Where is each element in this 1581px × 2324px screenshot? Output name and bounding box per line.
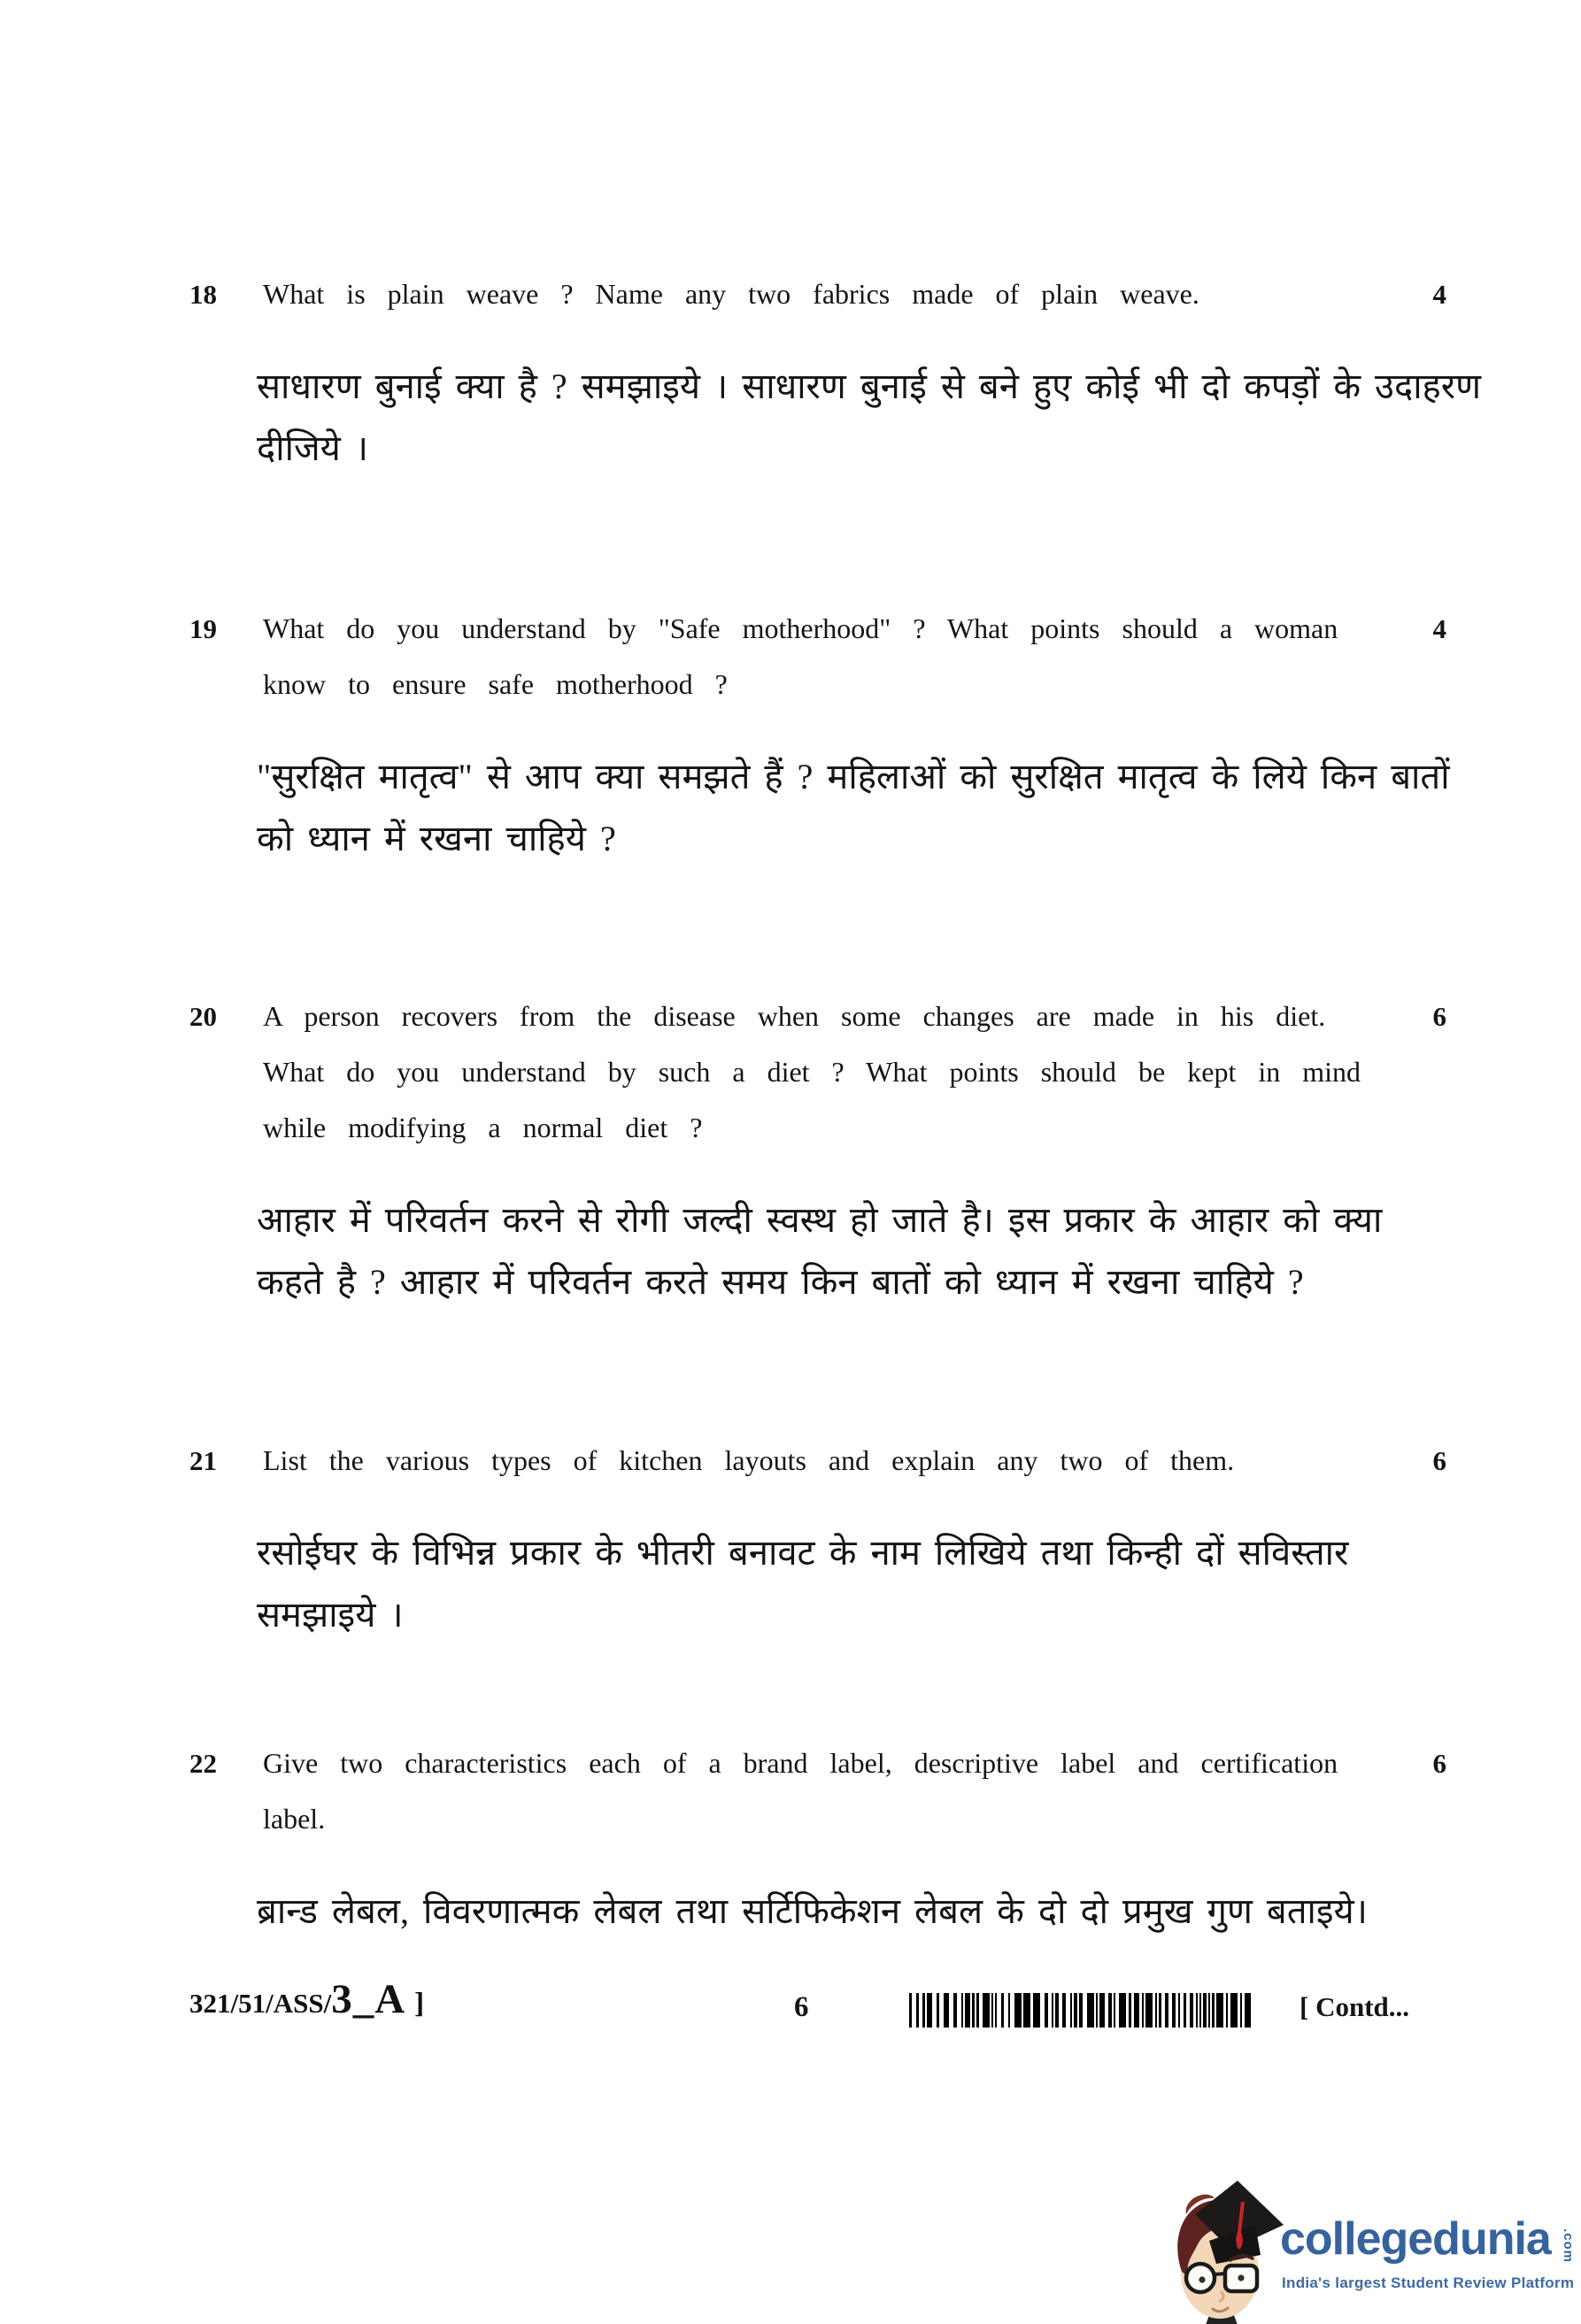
question-line-hindi: को ध्यान में रखना चाहिये ?: [257, 808, 1407, 870]
student-mascot-icon: [1168, 2179, 1284, 2324]
question-number: 21: [189, 1433, 217, 1489]
question-line-english: List the various types of kitchen layout…: [263, 1433, 1387, 1489]
question-block: 22 6 Give two characteristics each of a …: [189, 1735, 1446, 1943]
paper-code-bracket: ]: [414, 1988, 424, 2020]
question-text-hindi: साधारण बुनाई क्या है ? समझाइये । साधारण …: [257, 356, 1407, 480]
question-text-english: What do you understand by "Safe motherho…: [263, 601, 1387, 712]
question-marks: 4: [1433, 266, 1447, 322]
question-line-hindi: कहते है ? आहार में परिवर्तन करते समय किन…: [257, 1251, 1407, 1313]
question-text-english: A person recovers from the disease when …: [263, 989, 1387, 1156]
paper-code: 321/51/ASS/ 3_A ]: [189, 1975, 424, 2032]
paper-code-prefix: 321/51/ASS/: [189, 1988, 331, 2020]
question-block: 19 4 What do you understand by "Safe mot…: [189, 601, 1446, 870]
question-text-english: Give two characteristics each of a brand…: [263, 1735, 1387, 1847]
question-block: 20 6 A person recovers from the disease …: [189, 989, 1446, 1313]
question-line-english: What is plain weave ? Name any two fabri…: [263, 266, 1387, 322]
collegedunia-brand-text: collegedunia: [1280, 2216, 1551, 2262]
contd-label: [ Contd...: [1300, 1991, 1409, 2023]
collegedunia-tld-text: .com: [1561, 2228, 1576, 2263]
question-line-hindi: समझाइये ।: [257, 1584, 1407, 1646]
question-marks: 6: [1433, 1735, 1447, 1791]
question-text-hindi: ब्रान्ड लेबल, विवरणात्मक लेबल तथा सर्टिफ…: [257, 1881, 1407, 1943]
question-line-hindi: रसोईघर के विभिन्न प्रकार के भीतरी बनावट …: [257, 1522, 1407, 1584]
question-line-english: while modifying a normal diet ?: [263, 1100, 1387, 1156]
question-marks: 4: [1433, 601, 1447, 657]
question-line-english: What do you understand by "Safe motherho…: [263, 601, 1387, 657]
barcode: [909, 1993, 1251, 2028]
question-line-english: What do you understand by such a diet ? …: [263, 1044, 1387, 1100]
question-number: 20: [189, 989, 217, 1044]
question-line-english: Give two characteristics each of a brand…: [263, 1735, 1387, 1791]
question-line-hindi: दीजिये ।: [257, 418, 1407, 480]
question-block: 18 4 What is plain weave ? Name any two …: [189, 266, 1446, 480]
question-line-hindi: "सुरक्षित मातृत्व" से आप क्या समझते हैं …: [257, 746, 1407, 808]
question-line-english: A person recovers from the disease when …: [263, 989, 1387, 1044]
question-marks: 6: [1433, 1433, 1447, 1489]
question-marks: 6: [1433, 989, 1447, 1044]
question-line-hindi: आहार में परिवर्तन करने से रोगी जल्दी स्व…: [257, 1189, 1407, 1251]
question-text-hindi: रसोईघर के विभिन्न प्रकार के भीतरी बनावट …: [257, 1522, 1407, 1646]
exam-paper-page: 18 4 What is plain weave ? Name any two …: [0, 0, 1581, 2324]
collegedunia-tagline: India's largest Student Review Platform: [1282, 2274, 1574, 2292]
question-number: 18: [189, 266, 217, 322]
question-text-hindi: "सुरक्षित मातृत्व" से आप क्या समझते हैं …: [257, 746, 1407, 870]
question-line-hindi: ब्रान्ड लेबल, विवरणात्मक लेबल तथा सर्टिफ…: [257, 1881, 1407, 1943]
question-line-hindi: साधारण बुनाई क्या है ? समझाइये । साधारण …: [257, 356, 1407, 418]
paper-code-set: 3_A: [331, 1975, 405, 2023]
question-line-english: know to ensure safe motherhood ?: [263, 657, 1387, 712]
question-number: 22: [189, 1735, 217, 1791]
question-line-english: label.: [263, 1791, 1387, 1847]
question-number: 19: [189, 601, 217, 657]
question-block: 21 6 List the various types of kitchen l…: [189, 1433, 1446, 1646]
page-number: 6: [794, 1991, 809, 2024]
collegedunia-watermark: collegedunia .com India's largest Studen…: [1147, 2163, 1581, 2324]
question-text-english: List the various types of kitchen layout…: [263, 1433, 1387, 1489]
question-text-hindi: आहार में परिवर्तन करने से रोगी जल्दी स्व…: [257, 1189, 1407, 1313]
question-text-english: What is plain weave ? Name any two fabri…: [263, 266, 1387, 322]
